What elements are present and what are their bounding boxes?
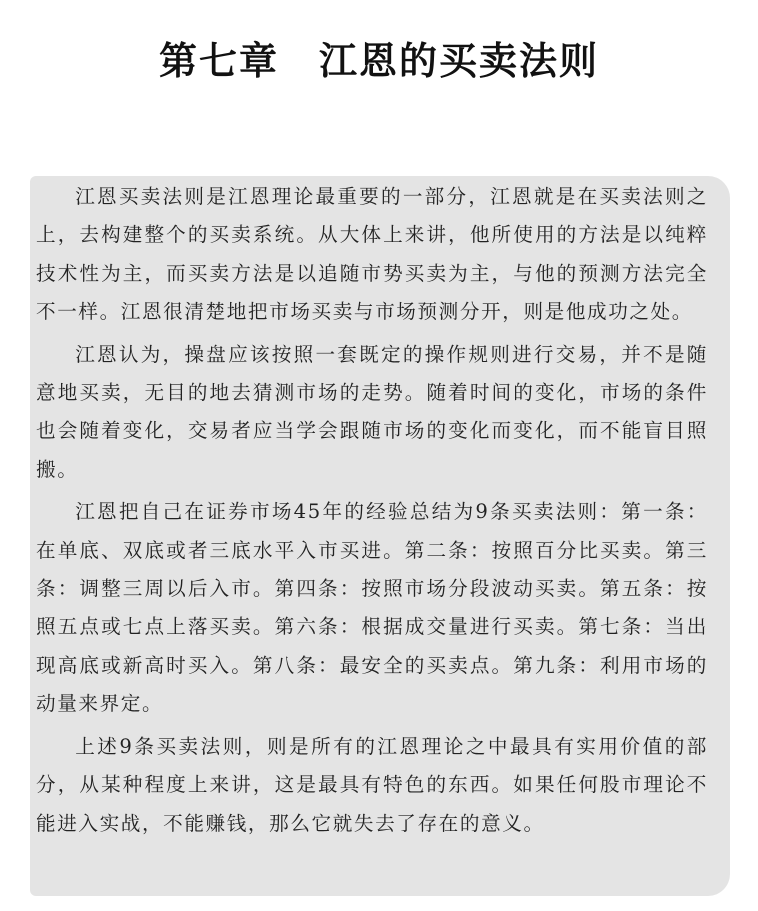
text-box: 江恩买卖法则是江恩理论最重要的一部分，江恩就是在买卖法则之上，去构建整个的买卖系… [30,176,730,896]
paragraph-4: 上述9条买卖法则，则是所有的江恩理论之中最具有实用价值的部分，从某种程度上来讲，… [36,728,708,843]
paragraph-1: 江恩买卖法则是江恩理论最重要的一部分，江恩就是在买卖法则之上，去构建整个的买卖系… [36,178,708,332]
chapter-title: 第七章 江恩的买卖法则 [0,33,758,89]
paragraph-3: 江恩把自己在证券市场45年的经验总结为9条买卖法则：第一条：在单底、双底或者三底… [36,493,708,723]
paragraph-2: 江恩认为，操盘应该按照一套既定的操作规则进行交易，并不是随意地买卖，无目的地去猜… [36,336,708,490]
